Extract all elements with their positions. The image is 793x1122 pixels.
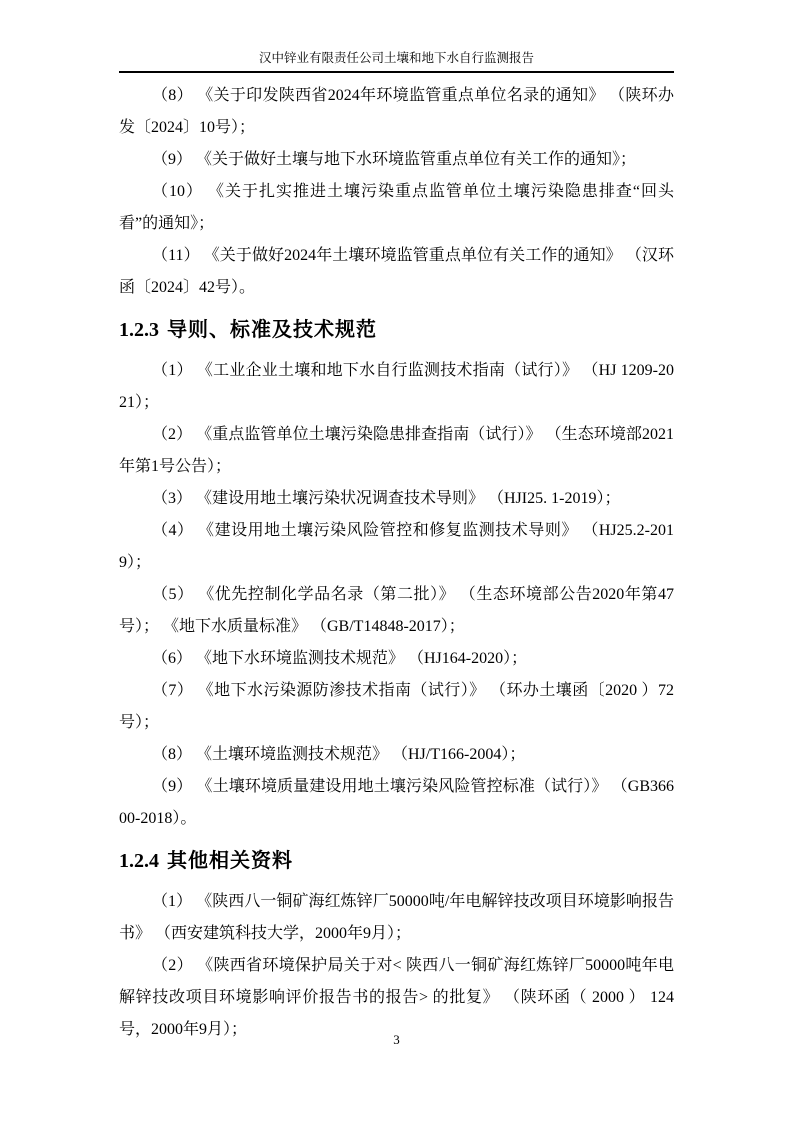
section-heading-1-2-3: 1.2.3导则、标准及技术规范 xyxy=(119,315,674,345)
page-header-title: 汉中锌业有限责任公司土壤和地下水自行监测报告 xyxy=(119,50,674,73)
reference-item: （7） 《地下水污染源防渗技术指南（试行）》 （环办土壤函〔2020 ）72号）… xyxy=(119,675,674,739)
document-page: 汉中锌业有限责任公司土壤和地下水自行监测报告 （8） 《关于印发陕西省2024年… xyxy=(0,0,793,1122)
reference-item: （8） 《土壤环境监测技术规范》 （HJ/T166-2004）； xyxy=(119,739,674,771)
reference-item: （9） 《土壤环境质量建设用地土壤污染风险管控标准（试行）》 （GB36600-… xyxy=(119,771,674,835)
reference-item: （10） 《关于扎实推进土壤污染重点监管单位土壤污染隐患排查“回头看”的通知》； xyxy=(119,176,674,240)
section-title: 导则、标准及技术规范 xyxy=(167,319,377,341)
reference-item: （11） 《关于做好2024年土壤环境监管重点单位有关工作的通知》 （汉环函〔2… xyxy=(119,240,674,304)
page-number: 3 xyxy=(0,1032,793,1048)
section-number: 1.2.3 xyxy=(119,319,159,341)
reference-item: （1） 《工业企业土壤和地下水自行监测技术指南（试行）》 （HJ 1209-20… xyxy=(119,355,674,419)
reference-item: （8） 《关于印发陕西省2024年环境监管重点单位名录的通知》 （陕环办发〔20… xyxy=(119,80,674,144)
section-title: 其他相关资料 xyxy=(167,850,293,872)
reference-item: （3） 《建设用地土壤污染状况调查技术导则》 （HJI25. 1-2019）； xyxy=(119,483,674,515)
reference-item: （1） 《陕西八一铜矿海红炼锌厂50000吨/年电解锌技改项目环境影响报告书》 … xyxy=(119,886,674,950)
reference-item: （5） 《优先控制化学品名录（第二批）》 （生态环境部公告2020年第47号）；… xyxy=(119,579,674,643)
section-number: 1.2.4 xyxy=(119,850,159,872)
reference-item: （4） 《建设用地土壤污染风险管控和修复监测技术导则》 （HJ25.2-2019… xyxy=(119,515,674,579)
section-heading-1-2-4: 1.2.4其他相关资料 xyxy=(119,846,674,876)
reference-item: （6） 《地下水环境监测技术规范》 （HJ164-2020）； xyxy=(119,643,674,675)
page-content: （8） 《关于印发陕西省2024年环境监管重点单位名录的通知》 （陕环办发〔20… xyxy=(119,80,674,1046)
reference-item: （2） 《重点监管单位土壤污染隐患排查指南（试行）》 （生态环境部2021年第1… xyxy=(119,419,674,483)
reference-item: （9） 《关于做好土壤与地下水环境监管重点单位有关工作的通知》； xyxy=(119,144,674,176)
